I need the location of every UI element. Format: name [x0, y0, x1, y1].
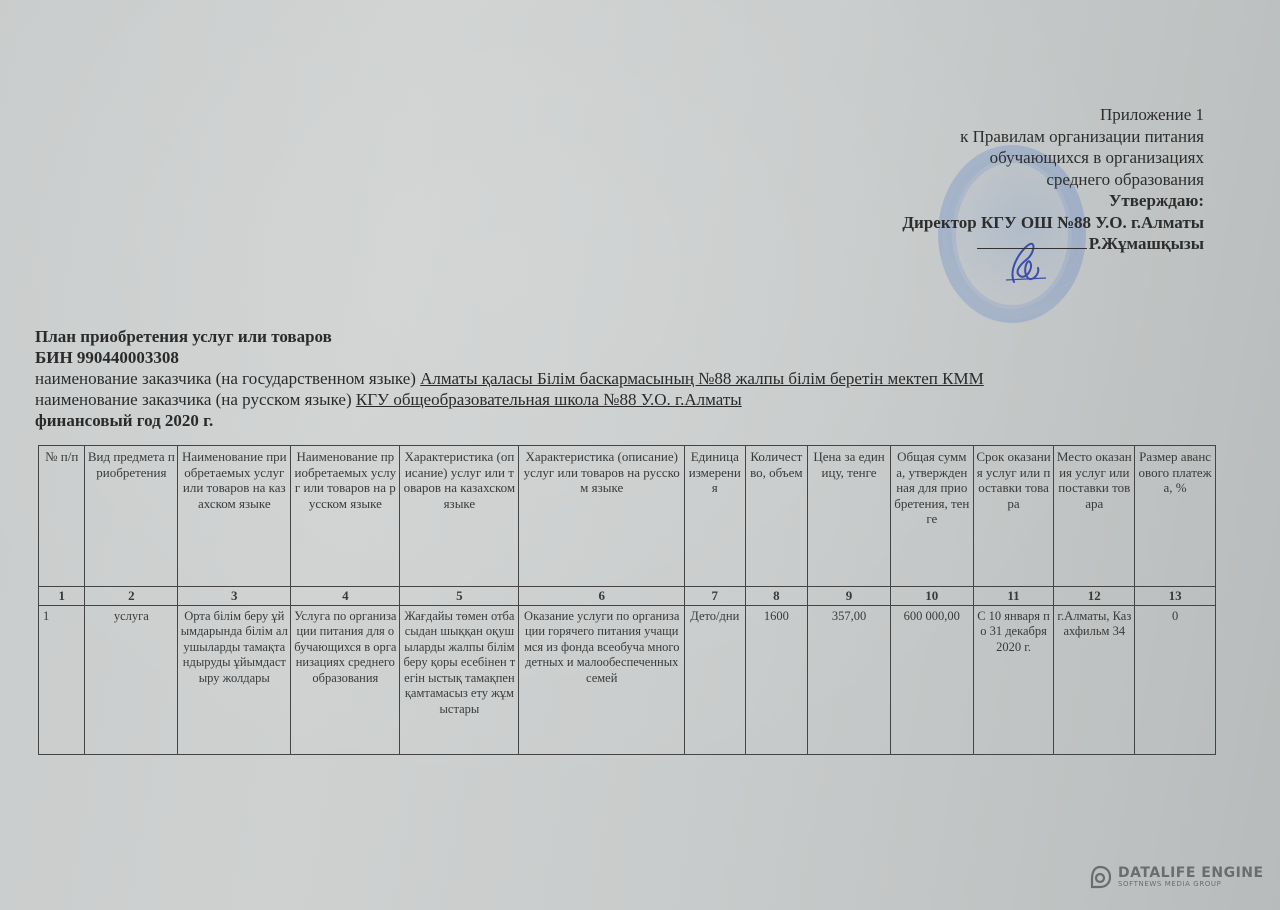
cell-num: 1 [39, 605, 85, 754]
signature-underline [977, 248, 1087, 249]
col-header-type: Вид предмета приобретения [85, 446, 178, 587]
students-line: обучающихся в организациях [902, 147, 1204, 169]
col-number: 6 [519, 587, 685, 606]
customer-ru-label: наименование заказчика (на русском языке… [35, 390, 352, 409]
col-header-place: Место оказания услуг или поставки товара [1054, 446, 1135, 587]
cell-name-ru: Услуга по организации питания для обучаю… [291, 605, 400, 754]
rules-line: к Правилам организации питания [902, 126, 1204, 148]
col-number: 10 [890, 587, 973, 606]
procurement-plan-table: № п/п Вид предмета приобретения Наименов… [38, 445, 1216, 755]
cell-desc-ru: Оказание услуги по организации горячего … [519, 605, 685, 754]
col-header-num: № п/п [39, 446, 85, 587]
approval-block: Приложение 1 к Правилам организации пита… [902, 104, 1204, 255]
bin-number: БИН 990440003308 [35, 347, 984, 368]
cell-desc-kz: Жағдайы төмен отбасыдан шыққан оқушылард… [400, 605, 519, 754]
cell-quantity: 1600 [745, 605, 808, 754]
watermark-subtitle: SOFTNEWS MEDIA GROUP [1118, 880, 1264, 889]
customer-ru-value: КГУ общеобразовательная школа №88 У.О. г… [356, 390, 742, 409]
col-header-desc-ru: Характеристика (описание) услуг или това… [519, 446, 685, 587]
col-header-advance: Размер авансового платежа, % [1135, 446, 1216, 587]
col-header-total: Общая сумма, утвержденная для приобретен… [890, 446, 973, 587]
col-number: 12 [1054, 587, 1135, 606]
table-header-row: № п/п Вид предмета приобретения Наименов… [39, 446, 1216, 587]
director-name: Р.Жұмашқызы [1089, 234, 1204, 253]
cell-total: 600 000,00 [890, 605, 973, 754]
col-number: 13 [1135, 587, 1216, 606]
col-header-price: Цена за единицу, тенге [808, 446, 891, 587]
education-line: среднего образования [902, 169, 1204, 191]
document-header: План приобретения услуг или товаров БИН … [35, 326, 984, 431]
col-number: 2 [85, 587, 178, 606]
col-number: 9 [808, 587, 891, 606]
cell-type: услуга [85, 605, 178, 754]
col-header-name-kz: Наименование приобретаемых услуг или тов… [178, 446, 291, 587]
fiscal-year: финансовый год 2020 г. [35, 410, 984, 431]
col-number: 4 [291, 587, 400, 606]
datalife-watermark: DATALIFE ENGINE SOFTNEWS MEDIA GROUP [1088, 865, 1264, 889]
cell-place: г.Алматы, Казахфильм 34 [1054, 605, 1135, 754]
col-number: 3 [178, 587, 291, 606]
customer-kz-line: наименование заказчика (на государственн… [35, 368, 984, 389]
page-title: План приобретения услуг или товаров [35, 326, 984, 347]
col-number: 7 [685, 587, 746, 606]
col-header-name-ru: Наименование приобретаемых услуг или тов… [291, 446, 400, 587]
col-number: 8 [745, 587, 808, 606]
col-header-term: Срок оказания услуг или поставки товара [973, 446, 1054, 587]
cell-name-kz: Орта білім беру ұйымдарында білім алушыл… [178, 605, 291, 754]
watermark-title: DATALIFE ENGINE [1118, 866, 1264, 880]
col-header-unit: Единица измерения [685, 446, 746, 587]
datalife-logo-icon [1088, 865, 1112, 889]
cell-advance: 0 [1135, 605, 1216, 754]
col-number: 5 [400, 587, 519, 606]
customer-kz-label: наименование заказчика (на государственн… [35, 369, 416, 388]
col-header-desc-kz: Характеристика (описание) услуг или това… [400, 446, 519, 587]
customer-ru-line: наименование заказчика (на русском языке… [35, 389, 984, 410]
customer-kz-value: Алматы қаласы Білім баскармасының №88 жа… [420, 369, 984, 388]
table-row: 1 услуга Орта білім беру ұйымдарында біл… [39, 605, 1216, 754]
director-signature-line: Р.Жұмашқызы [902, 233, 1204, 255]
approve-label: Утверждаю: [902, 190, 1204, 212]
cell-unit: Дето/дни [685, 605, 746, 754]
col-number: 1 [39, 587, 85, 606]
director-line: Директор КГУ ОШ №88 У.О. г.Алматы [902, 212, 1204, 234]
cell-price: 357,00 [808, 605, 891, 754]
appendix-line: Приложение 1 [902, 104, 1204, 126]
col-number: 11 [973, 587, 1054, 606]
column-numbers-row: 1 2 3 4 5 6 7 8 9 10 11 12 13 [39, 587, 1216, 606]
col-header-quantity: Количество, объем [745, 446, 808, 587]
cell-term: С 10 января по 31 декабря 2020 г. [973, 605, 1054, 754]
